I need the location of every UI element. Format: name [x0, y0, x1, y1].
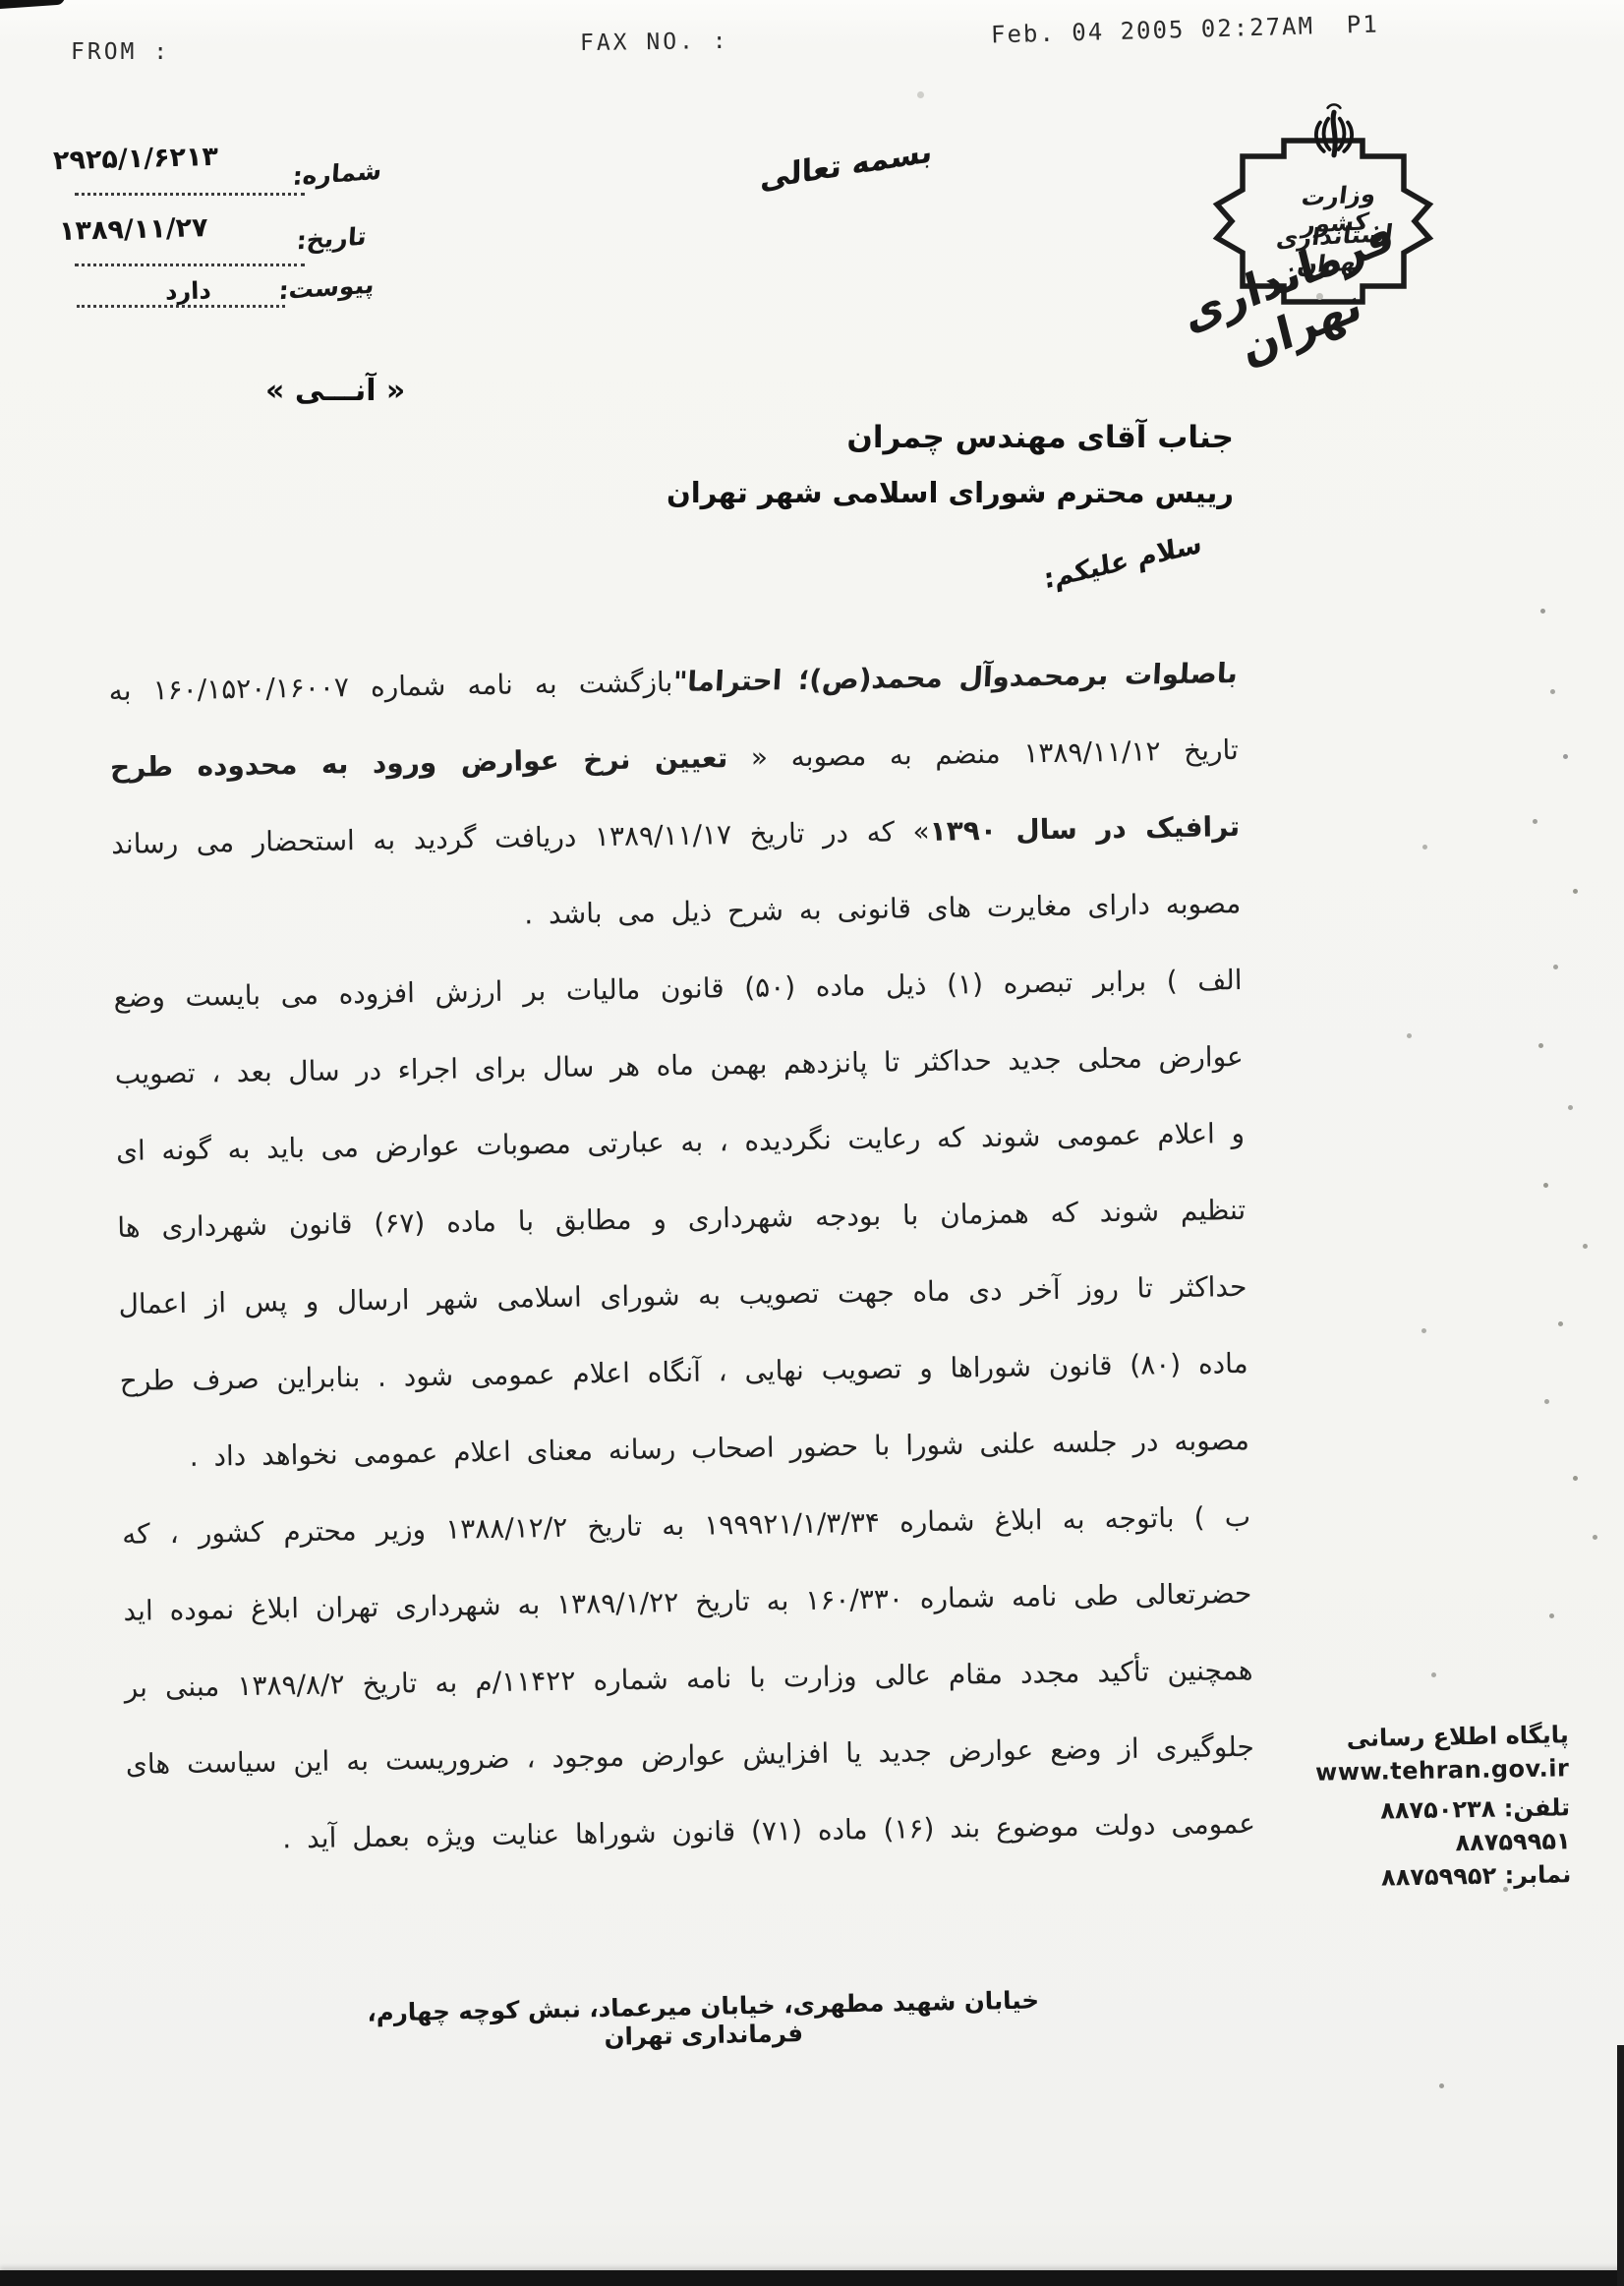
letterhead-emblem: وزارت کشور استانداری تهران فرمانداری تهر… [1121, 74, 1583, 418]
letter-body: باصلوات برمحمدوآل محمد(ص)؛ احتراما" بازگ… [108, 635, 1255, 1880]
bismillah-text: بسمه تعالی [760, 134, 932, 197]
reference-number-label: شماره: [292, 156, 383, 191]
fax-timestamp: Feb. 04 2005 02:27AM P1 [991, 10, 1379, 48]
attachment-value: دارد [165, 276, 211, 305]
footer-address: خیابان شهید مطهری، خیابان میرعماد، نبش ک… [313, 1984, 1095, 2056]
website-url: www.tehran.gov.ir [1259, 1751, 1570, 1789]
urgency-tag: « آنـــی » [265, 374, 405, 408]
fax-number-label: FAX NO. : [580, 29, 729, 56]
body-paragraph-alef: الف ) برابر تبصره (۱) ذیل ماده (۵۰) قانو… [113, 942, 1249, 1496]
scan-edge-bottom [0, 2270, 1624, 2286]
reference-number-value: ۲۹۲۵/۱/۶۲۱۳ [53, 142, 219, 176]
body-paragraph-be: ب ) باتوجه به ابلاغ شماره ۱۹۹۹۲۱/۱/۳/۳۴ … [122, 1479, 1256, 1880]
contact-info-title: پایگاه اطلاع رسانی [1258, 1718, 1569, 1756]
reference-date-label: تاریخ: [296, 222, 368, 256]
attachment-line [77, 305, 285, 308]
allah-emblem-icon [1303, 101, 1365, 166]
reference-date-line [75, 264, 305, 266]
scan-noise-speckles [0, 0, 3, 3]
attachment-label: پیوست: [278, 270, 376, 306]
contact-info-block: پایگاه اطلاع رسانی www.tehran.gov.ir تلف… [1258, 1718, 1571, 1896]
fax-number-line: نمابر: ۸۸۷۵۹۹۵۲ [1261, 1857, 1572, 1896]
scan-edge-right [1617, 2045, 1624, 2286]
recipient-block: جناب آقای مهندس چمران رییس محترم شورای ا… [667, 409, 1234, 519]
scan-edge-top [0, 0, 65, 9]
fax-from-label: FROM : [71, 39, 170, 65]
phone-number-line1: تلفن: ۸۸۷۵۰۲۳۸ [1260, 1790, 1571, 1829]
reference-date-value: ۱۳۸۹/۱۱/۲۷ [59, 212, 208, 247]
phone-number-line2: ۸۸۷۵۹۹۵۱ [1260, 1824, 1571, 1862]
recipient-title: رییس محترم شورای اسلامی شهر تهران [667, 466, 1234, 519]
body-paragraph-1: باصلوات برمحمدوآل محمد(ص)؛ احتراما" بازگ… [108, 635, 1242, 960]
salutation-text: سلام علیکم: [1042, 528, 1202, 595]
recipient-name: جناب آقای مهندس چمران [667, 409, 1234, 466]
reference-number-line [75, 193, 305, 196]
fax-scan-page: FROM : FAX NO. : Feb. 04 2005 02:27AM P1… [0, 0, 1624, 2286]
prayer-opening-text: باصلوات برمحمدوآل محمد(ص)؛ احتراما" [670, 635, 1239, 721]
